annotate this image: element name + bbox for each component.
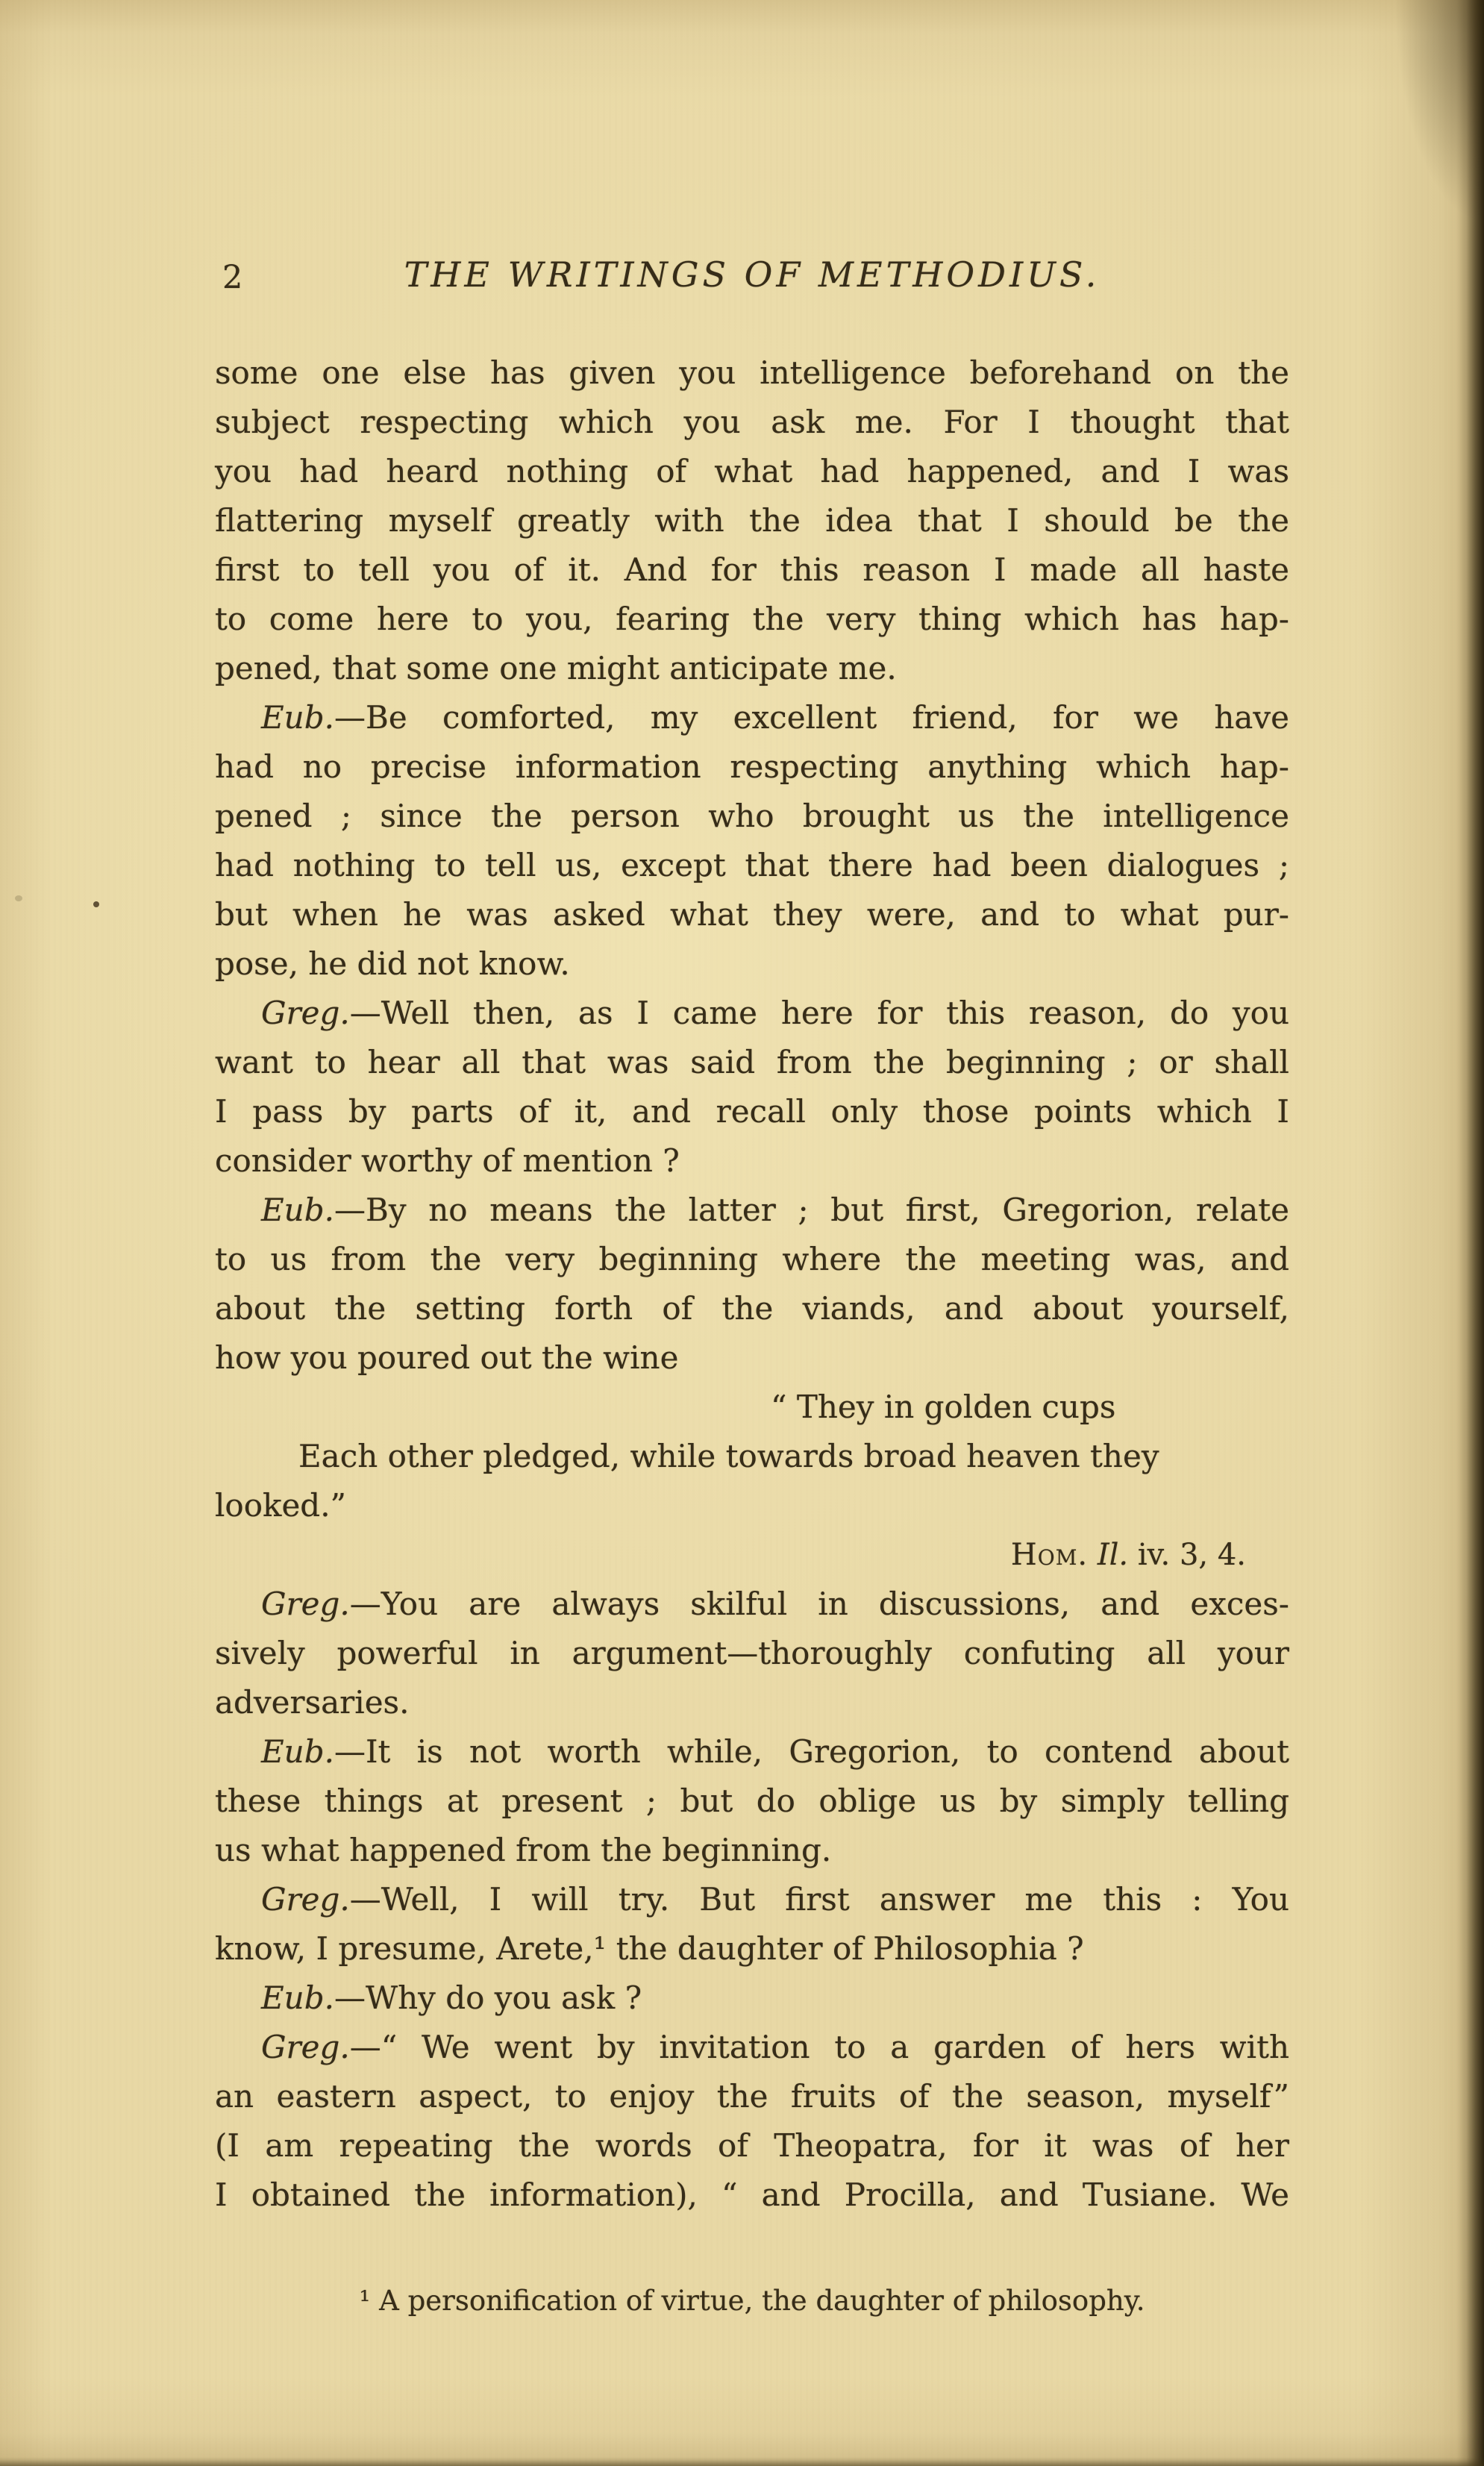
text-line: pened, that some one might anticipate me…	[215, 644, 1289, 693]
text-line: an eastern aspect, to enjoy the fruits o…	[215, 2072, 1289, 2121]
attribution-author: Hom.	[1011, 1538, 1088, 1572]
text-line: I obtained the information), “ and Proci…	[215, 2171, 1289, 2220]
attribution-work: Il.	[1088, 1538, 1128, 1572]
text-line: (I am repeating the words of Theopatra, …	[215, 2121, 1289, 2171]
text-line: pened ; since the person who brought us …	[215, 792, 1289, 841]
speaker-label: Greg.	[261, 1881, 350, 1918]
text-line: adversaries.	[215, 1678, 1289, 1727]
text-line: Eub.—It is not worth while, Gregorion, t…	[215, 1727, 1289, 1777]
text-line: Eub.—Be comforted, my excellent friend, …	[215, 693, 1289, 742]
speech-text: —By no means the latter ; but first, Gre…	[334, 1192, 1289, 1228]
speech-text: —Why do you ask ?	[334, 1980, 642, 2016]
text-line: Greg.—Well, I will try. But first answer…	[215, 1875, 1289, 1924]
text-line: subject respecting which you ask me. For…	[215, 398, 1289, 447]
speech-text: —Be comforted, my excellent friend, for …	[334, 699, 1289, 736]
paper-speck	[93, 901, 99, 907]
text-line: pose, he did not know.	[215, 939, 1289, 989]
text-line: know, I presume, Arete,¹ the daughter of…	[215, 1924, 1289, 1974]
text-line: want to hear all that was said from the …	[215, 1038, 1289, 1087]
speaker-label: Greg.	[261, 2029, 350, 2065]
speaker-label: Eub.	[261, 1733, 334, 1770]
speech-text: —Well, I will try. But first answer me t…	[350, 1881, 1289, 1918]
page-edge-shadow-bottom	[0, 2457, 1484, 2466]
text-line: Greg.—You are always skilful in discussi…	[215, 1580, 1289, 1629]
footnote: ¹ A personification of virtue, the daugh…	[215, 2282, 1289, 2320]
speech-text: —Well then, as I came here for this reas…	[350, 995, 1289, 1031]
text-line: us what happened from the beginning.	[215, 1826, 1289, 1875]
text-line: you had heard nothing of what had happen…	[215, 447, 1289, 496]
paper-speck	[15, 895, 22, 901]
speech-text: —“ We went by invitation to a garden of …	[350, 2029, 1289, 2065]
text-line: flattering myself greatly with the idea …	[215, 496, 1289, 545]
speech-text: —It is not worth while, Gregorion, to co…	[334, 1733, 1289, 1770]
text-line: consider worthy of mention ?	[215, 1136, 1289, 1186]
verse-line: Each other pledged, while towards broad …	[215, 1432, 1289, 1530]
running-title: THE WRITINGS OF METHODIUS.	[215, 257, 1289, 292]
text-line: how you poured out the wine	[215, 1333, 1289, 1383]
text-line: Eub.—By no means the latter ; but first,…	[215, 1186, 1289, 1235]
text-line: to come here to you, fearing the very th…	[215, 595, 1289, 644]
page-edge-shadow-right	[1457, 0, 1484, 2466]
speaker-label: Greg.	[261, 995, 350, 1031]
text-line: these things at present ; but do oblige …	[215, 1777, 1289, 1826]
text-line: Greg.—“ We went by invitation to a garde…	[215, 2023, 1289, 2072]
text-line: to us from the very beginning where the …	[215, 1235, 1289, 1284]
text-line: had no precise information respecting an…	[215, 742, 1289, 792]
text-line: but when he was asked what they were, an…	[215, 890, 1289, 939]
speaker-label: Eub.	[261, 1980, 334, 2016]
text-line: sively powerful in argument—thoroughly c…	[215, 1629, 1289, 1678]
speech-text: —You are always skilful in discussions, …	[350, 1586, 1289, 1622]
text-line: had nothing to tell us, except that ther…	[215, 841, 1289, 890]
text-line: about the setting forth of the viands, a…	[215, 1284, 1289, 1333]
text-line: Greg.—Well then, as I came here for this…	[215, 989, 1289, 1038]
text-line: I pass by parts of it, and recall only t…	[215, 1087, 1289, 1136]
verse-line: “ They in golden cups	[215, 1383, 1289, 1432]
text-line: Eub.—Why do you ask ?	[215, 1974, 1289, 2023]
speaker-label: Eub.	[261, 1192, 334, 1228]
speaker-label: Greg.	[261, 1586, 350, 1622]
text-line: some one else has given you intelligence…	[215, 348, 1289, 398]
quote-attribution: Hom. Il. iv. 3, 4.	[215, 1530, 1289, 1580]
book-page-scan: { "colors": { "paper": "#e8d8a5", "ink":…	[0, 0, 1484, 2466]
body-text-column: some one else has given you intelligence…	[215, 348, 1289, 2320]
speaker-label: Eub.	[261, 699, 334, 736]
text-line: first to tell you of it. And for this re…	[215, 545, 1289, 595]
page-corner-shadow	[1394, 0, 1484, 224]
attribution-ref: iv. 3, 4.	[1128, 1538, 1246, 1572]
